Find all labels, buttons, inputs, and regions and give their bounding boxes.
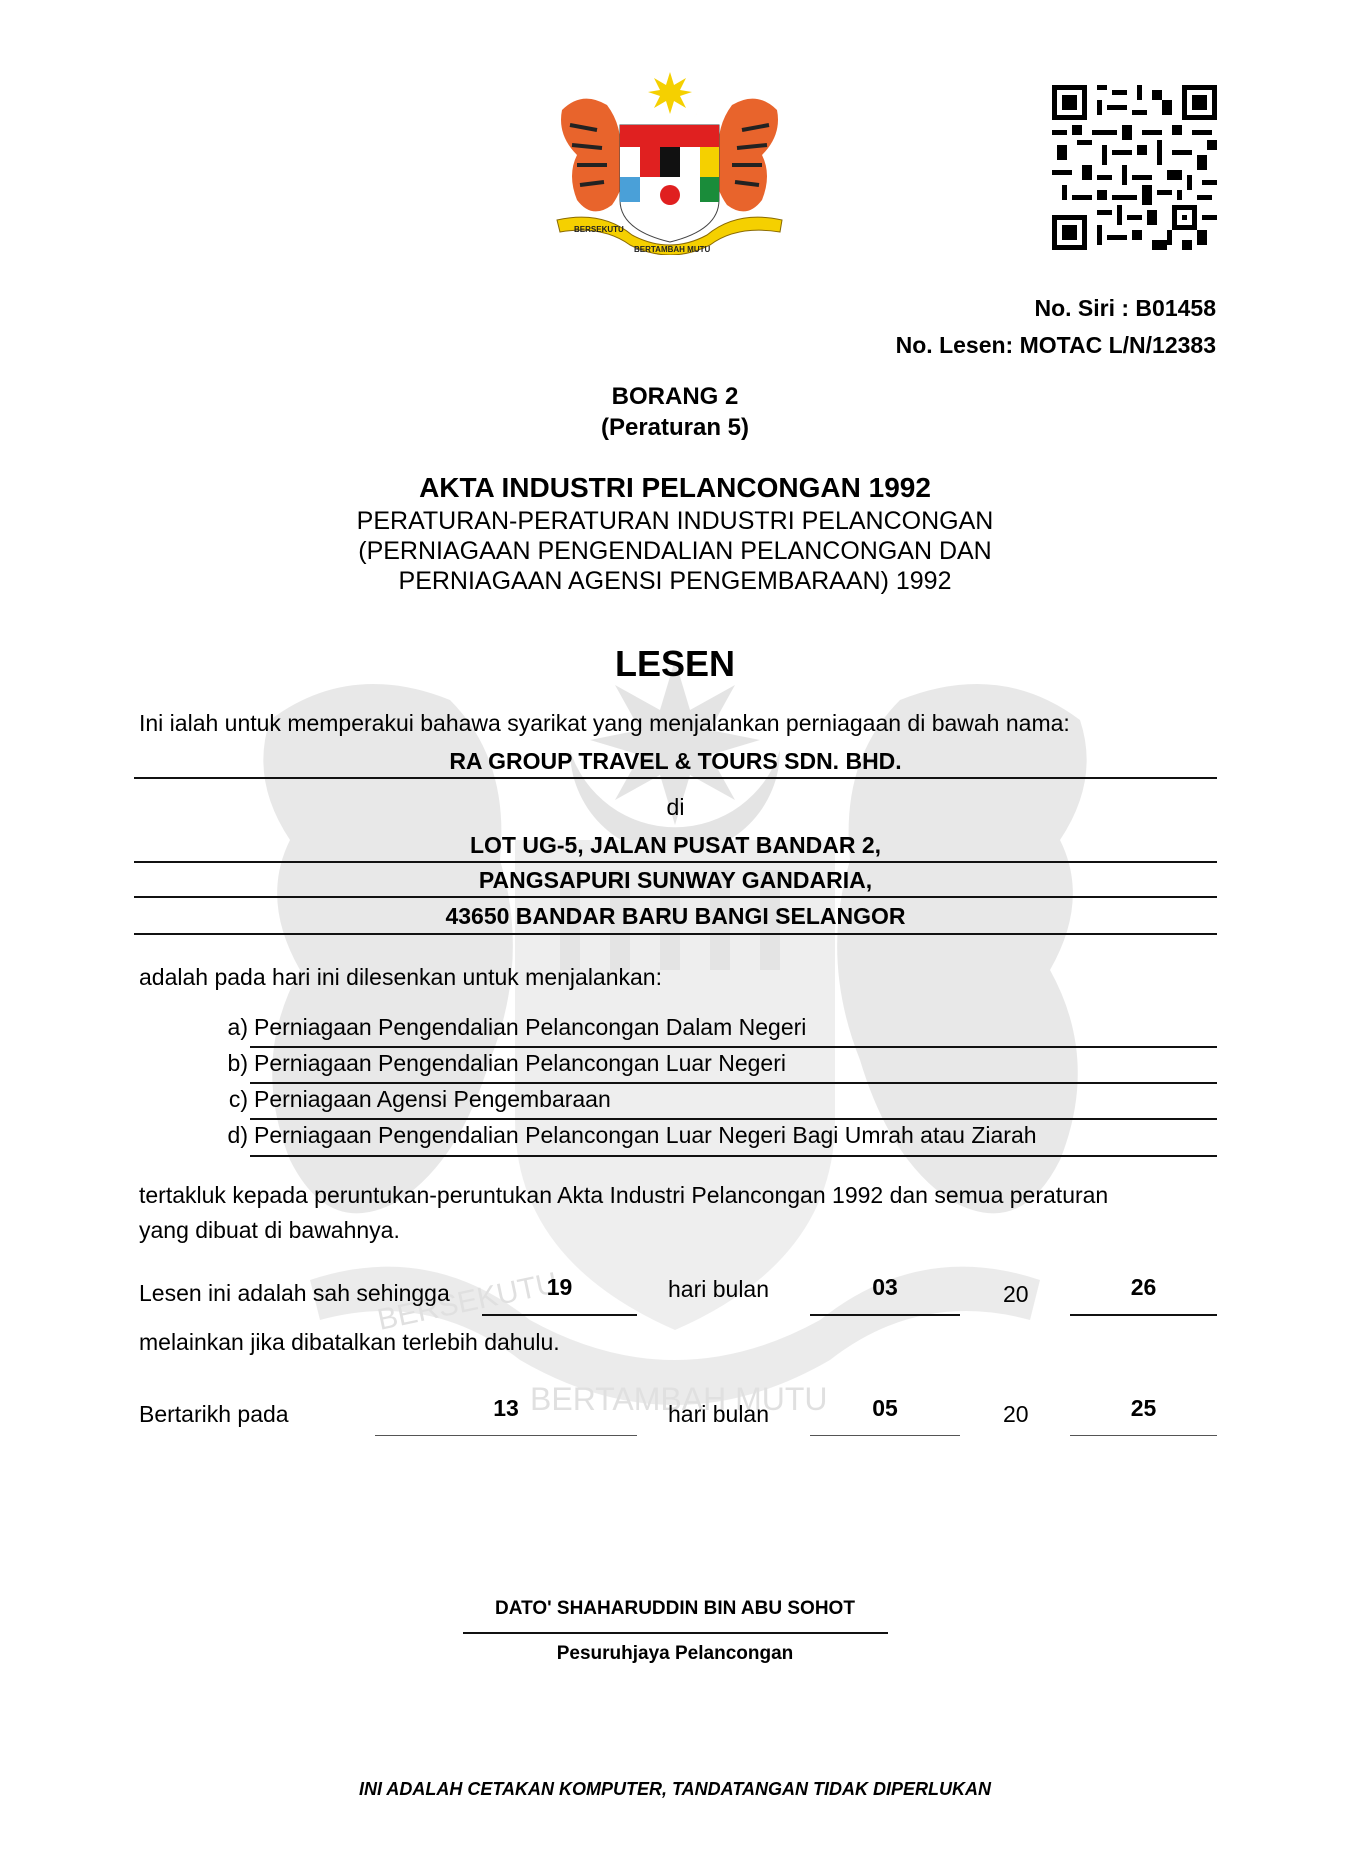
- valid-until-month-underline: [810, 1314, 960, 1316]
- company-name-underline: [134, 777, 1217, 779]
- activity-c-underline: [250, 1118, 1217, 1120]
- activity-item-a: a) Perniagaan Pengendalian Pelancongan D…: [208, 1014, 1218, 1044]
- licensed-intro: adalah pada hari ini dilesenkan untuk me…: [139, 964, 662, 991]
- activity-letter: b): [208, 1050, 248, 1077]
- activity-b-underline: [250, 1082, 1217, 1084]
- activity-text: Perniagaan Pengendalian Pelancongan Luar…: [254, 1050, 786, 1077]
- act-subtitle-line-2: (PERNIAGAAN PENGENDALIAN PELANCONGAN DAN: [0, 536, 1350, 566]
- dated-month-label: hari bulan: [668, 1401, 769, 1428]
- activity-text: Perniagaan Pengendalian Pelancongan Luar…: [254, 1122, 1037, 1149]
- address-line-3: 43650 BANDAR BARU BANGI SELANGOR: [134, 903, 1217, 930]
- signatory-title: Pesuruhjaya Pelancongan: [460, 1643, 890, 1665]
- valid-until-day: 19: [482, 1274, 637, 1301]
- activity-a-underline: [250, 1046, 1217, 1048]
- valid-until-label: Lesen ini adalah sah sehingga: [139, 1280, 450, 1307]
- valid-until-year: 26: [1070, 1274, 1217, 1301]
- dated-century: 20: [1003, 1401, 1029, 1428]
- activity-d-underline: [250, 1155, 1217, 1157]
- valid-until-year-underline: [1070, 1314, 1217, 1316]
- address-line-3-underline: [134, 933, 1217, 935]
- activity-text: Perniagaan Pengendalian Pelancongan Dala…: [254, 1014, 806, 1041]
- company-name: RA GROUP TRAVEL & TOURS SDN. BHD.: [134, 748, 1217, 775]
- license-heading: LESEN: [0, 643, 1350, 685]
- at-label: di: [134, 794, 1217, 821]
- valid-until-month: 03: [810, 1274, 960, 1301]
- activity-item-c: c) Perniagaan Agensi Pengembaraan: [208, 1086, 1218, 1116]
- valid-until-century: 20: [1003, 1281, 1029, 1308]
- svg-text:BERSEKUTU: BERSEKUTU: [574, 225, 624, 234]
- act-title: AKTA INDUSTRI PELANCONGAN 1992: [0, 472, 1350, 504]
- act-subtitle-line-3: PERNIAGAAN AGENSI PENGEMBARAAN) 1992: [0, 566, 1350, 596]
- unless-cancelled: melainkan jika dibatalkan terlebih dahul…: [139, 1329, 560, 1356]
- qr-code[interactable]: [1052, 85, 1217, 250]
- dated-month-underline: [810, 1435, 960, 1436]
- signatory-line: [463, 1632, 888, 1634]
- form-subtitle: (Peraturan 5): [0, 414, 1350, 442]
- activity-letter: a): [208, 1014, 248, 1041]
- license-number: No. Lesen: MOTAC L/N/12383: [896, 332, 1216, 359]
- computer-print-note: INI ADALAH CETAKAN KOMPUTER, TANDATANGAN…: [0, 1779, 1350, 1800]
- activity-item-b: b) Perniagaan Pengendalian Pelancongan L…: [208, 1050, 1218, 1080]
- subject-to-line-1: tertakluk kepada peruntukan-peruntukan A…: [139, 1182, 1108, 1209]
- signatory-name: DATO' SHAHARUDDIN BIN ABU SOHOT: [460, 1598, 890, 1620]
- dated-day: 13: [375, 1395, 637, 1422]
- dated-day-underline: [375, 1435, 637, 1436]
- license-intro: Ini ialah untuk memperakui bahawa syarik…: [139, 710, 1070, 737]
- address-line-2-underline: [134, 896, 1217, 898]
- activity-item-d: d) Perniagaan Pengendalian Pelancongan L…: [208, 1122, 1218, 1152]
- subject-to-line-2: yang dibuat di bawahnya.: [139, 1217, 400, 1244]
- form-title: BORANG 2: [0, 383, 1350, 411]
- act-subtitle-line-1: PERATURAN-PERATURAN INDUSTRI PELANCONGAN: [0, 506, 1350, 536]
- serial-number: No. Siri : B01458: [1034, 295, 1216, 322]
- address-line-1-underline: [134, 861, 1217, 863]
- dated-label: Bertarikh pada: [139, 1401, 289, 1428]
- activity-letter: c): [208, 1086, 248, 1113]
- malaysia-coat-of-arms-crest: BERSEKUTU BERTAMBAH MUTU: [552, 70, 787, 255]
- address-line-2: PANGSAPURI SUNWAY GANDARIA,: [134, 867, 1217, 894]
- address-line-1: LOT UG-5, JALAN PUSAT BANDAR 2,: [134, 832, 1217, 859]
- activity-text: Perniagaan Agensi Pengembaraan: [254, 1086, 611, 1113]
- activity-letter: d): [208, 1122, 248, 1149]
- svg-text:BERTAMBAH MUTU: BERTAMBAH MUTU: [634, 245, 711, 254]
- valid-until-day-underline: [482, 1314, 637, 1316]
- valid-until-month-label: hari bulan: [668, 1276, 769, 1303]
- dated-year-underline: [1070, 1435, 1217, 1436]
- dated-year: 25: [1070, 1395, 1217, 1422]
- dated-month: 05: [810, 1395, 960, 1422]
